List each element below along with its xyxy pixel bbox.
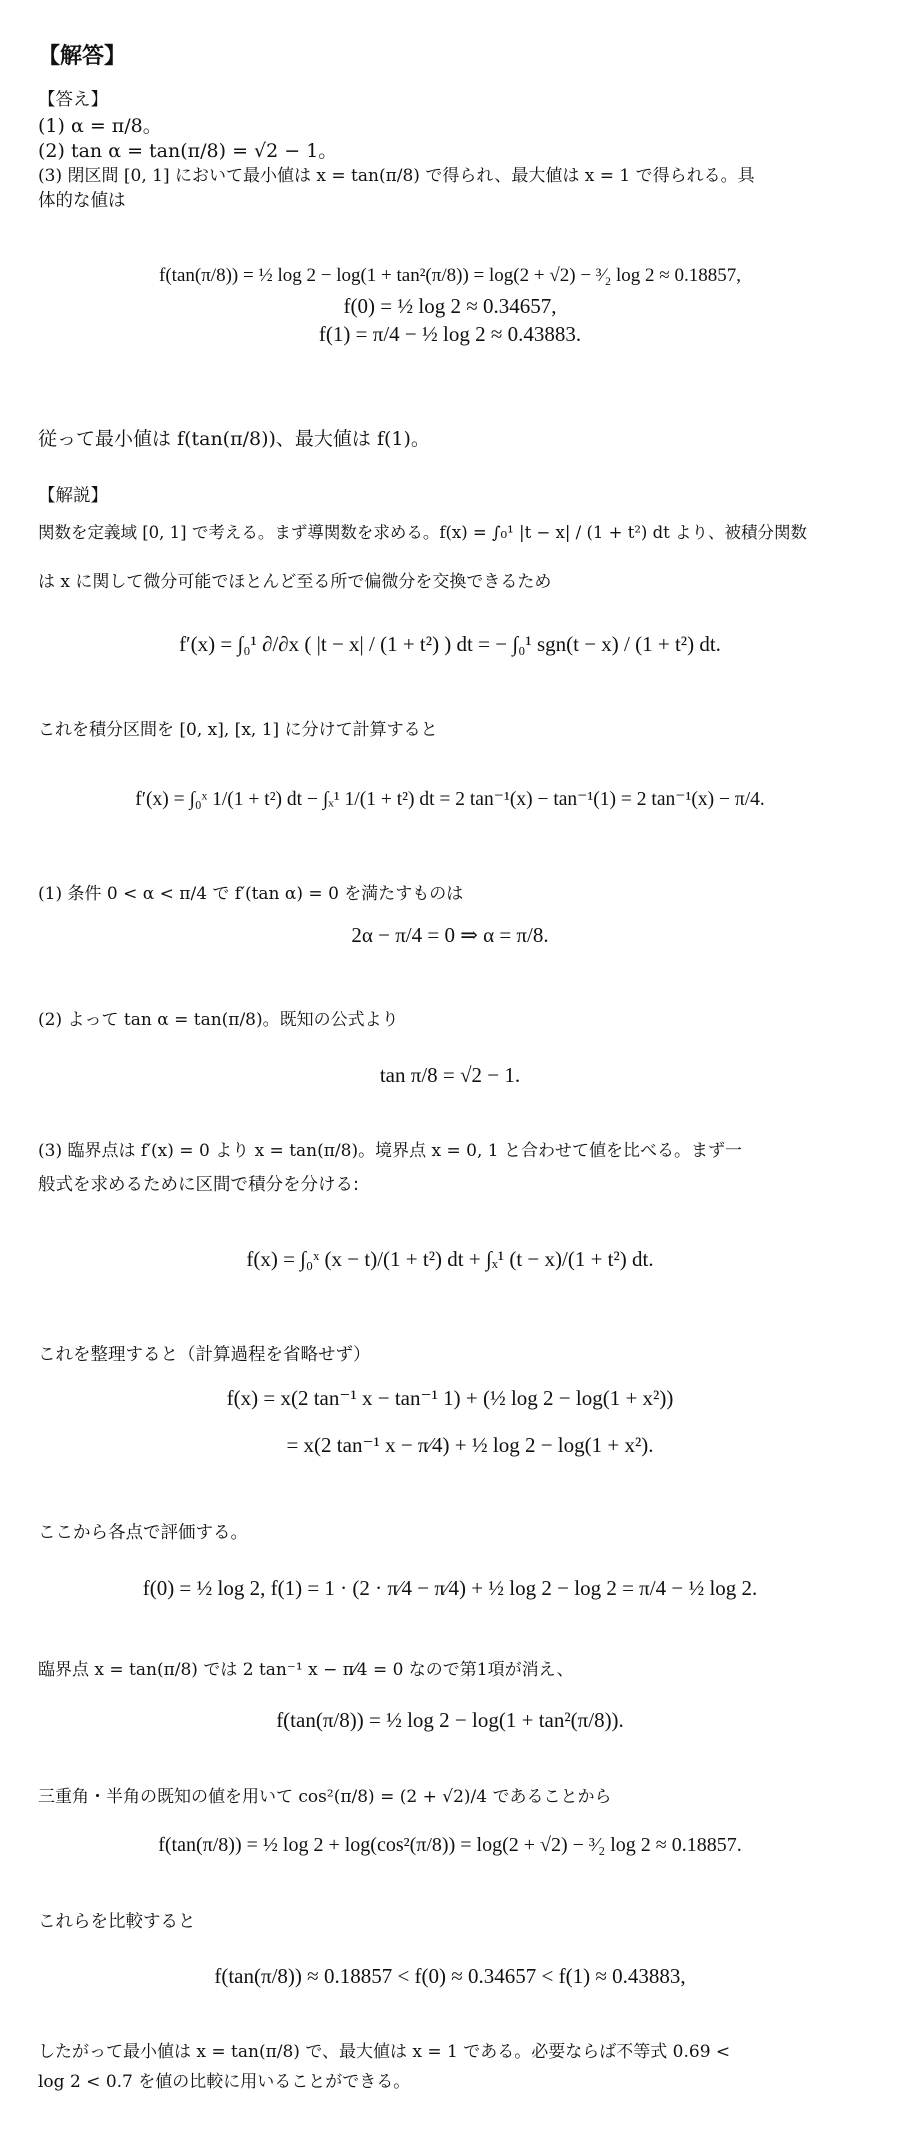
explanation-p10: これらを比較すると [38,1910,196,1935]
equation-fprime-1: f′(x) = ∫₀¹ ∂/∂x ( |t − x| / (1 + t²) ) … [0,630,900,658]
equation-fx-simplify-b: = x(2 tan⁻¹ x − π⁄4) + ½ log 2 − log(1 +… [0,1431,900,1459]
explanation-p11-line2: log 2 < 0.7 を値の比較に用いることができる。 [38,2070,410,2095]
explanation-p9: 三重角・半角の既知の値を用いて cos²(π/8) = (2 + √2)/4 で… [38,1785,611,1810]
equation-fx-simplify-a: f(x) = x(2 tan⁻¹ x − tan⁻¹ 1) + (½ log 2… [0,1384,900,1412]
equation-tan-pi8: tan π/8 = √2 − 1. [0,1061,900,1089]
answer-conclusion: 従って最小値は f(tan(π/8))、最大値は f(1)。 [38,427,430,452]
equation-f-tan-pi8: f(tan(π/8)) = ½ log 2 − log(1 + tan²(π/8… [0,262,900,290]
explanation-p1-line1: 関数を定義域 [0, 1] で考える。まず導関数を求める。f(x) = ∫₀¹ … [38,520,807,545]
explanation-p1-line2: は x に関して微分可能でほとんど至る所で偏微分を交換できるため [38,570,551,595]
equation-fprime-2: f′(x) = ∫₀ˣ 1/(1 + t²) dt − ∫ₓ¹ 1/(1 + t… [0,786,900,814]
equation-fx-split: f(x) = ∫₀ˣ (x − t)/(1 + t²) dt + ∫ₓ¹ (t … [0,1245,900,1273]
answer-1: (1) α = π/8。 [38,114,162,139]
answer-3-line1: (3) 閉区間 [0, 1] において最小値は x = tan(π/8) で得ら… [38,164,755,189]
heading-kaito: 【解答】 [38,44,126,69]
answer-2: (2) tan α = tan(π/8) = √2 − 1。 [38,139,337,164]
answer-3-line2: 体的な値は [38,189,126,214]
equation-f1: f(1) = π/4 − ½ log 2 ≈ 0.43883. [0,320,900,348]
heading-kaisetsu: 【解説】 [38,484,108,509]
explanation-p11-line1: したがって最小値は x = tan(π/8) で、最大値は x = 1 である。… [38,2040,730,2065]
explanation-p3: (1) 条件 0 < α < π/4 で f′(tan α) = 0 を満たすも… [38,882,463,907]
explanation-p5-line1: (3) 臨界点は f′(x) = 0 より x = tan(π/8)。境界点 x… [38,1139,742,1164]
equation-f0: f(0) = ½ log 2 ≈ 0.34657, [0,292,900,320]
equation-alpha: 2α − π/4 = 0 ⇒ α = π/8. [0,921,900,949]
heading-kotae: 【答え】 [38,88,108,113]
equation-evaluate-points: f(0) = ½ log 2, f(1) = 1 · (2 · π⁄4 − π⁄… [0,1574,900,1602]
equation-compare: f(tan(π/8)) ≈ 0.18857 < f(0) ≈ 0.34657 <… [0,1962,900,1990]
explanation-p8: 臨界点 x = tan(π/8) では 2 tan⁻¹ x − π⁄4 = 0 … [38,1658,574,1683]
equation-critical-point: f(tan(π/8)) = ½ log 2 − log(1 + tan²(π/8… [0,1706,900,1734]
equation-cos-result: f(tan(π/8)) = ½ log 2 + log(cos²(π/8)) =… [0,1831,900,1859]
explanation-p2: これを積分区間を [0, x], [x, 1] に分けて計算すると [38,718,438,743]
explanation-p6: これを整理すると（計算過程を省略せず） [38,1343,371,1368]
explanation-p5-line2: 般式を求めるために区間で積分を分ける: [38,1173,359,1198]
explanation-p7: ここから各点で評価する。 [38,1521,248,1546]
explanation-p4: (2) よって tan α = tan(π/8)。既知の公式より [38,1008,399,1033]
